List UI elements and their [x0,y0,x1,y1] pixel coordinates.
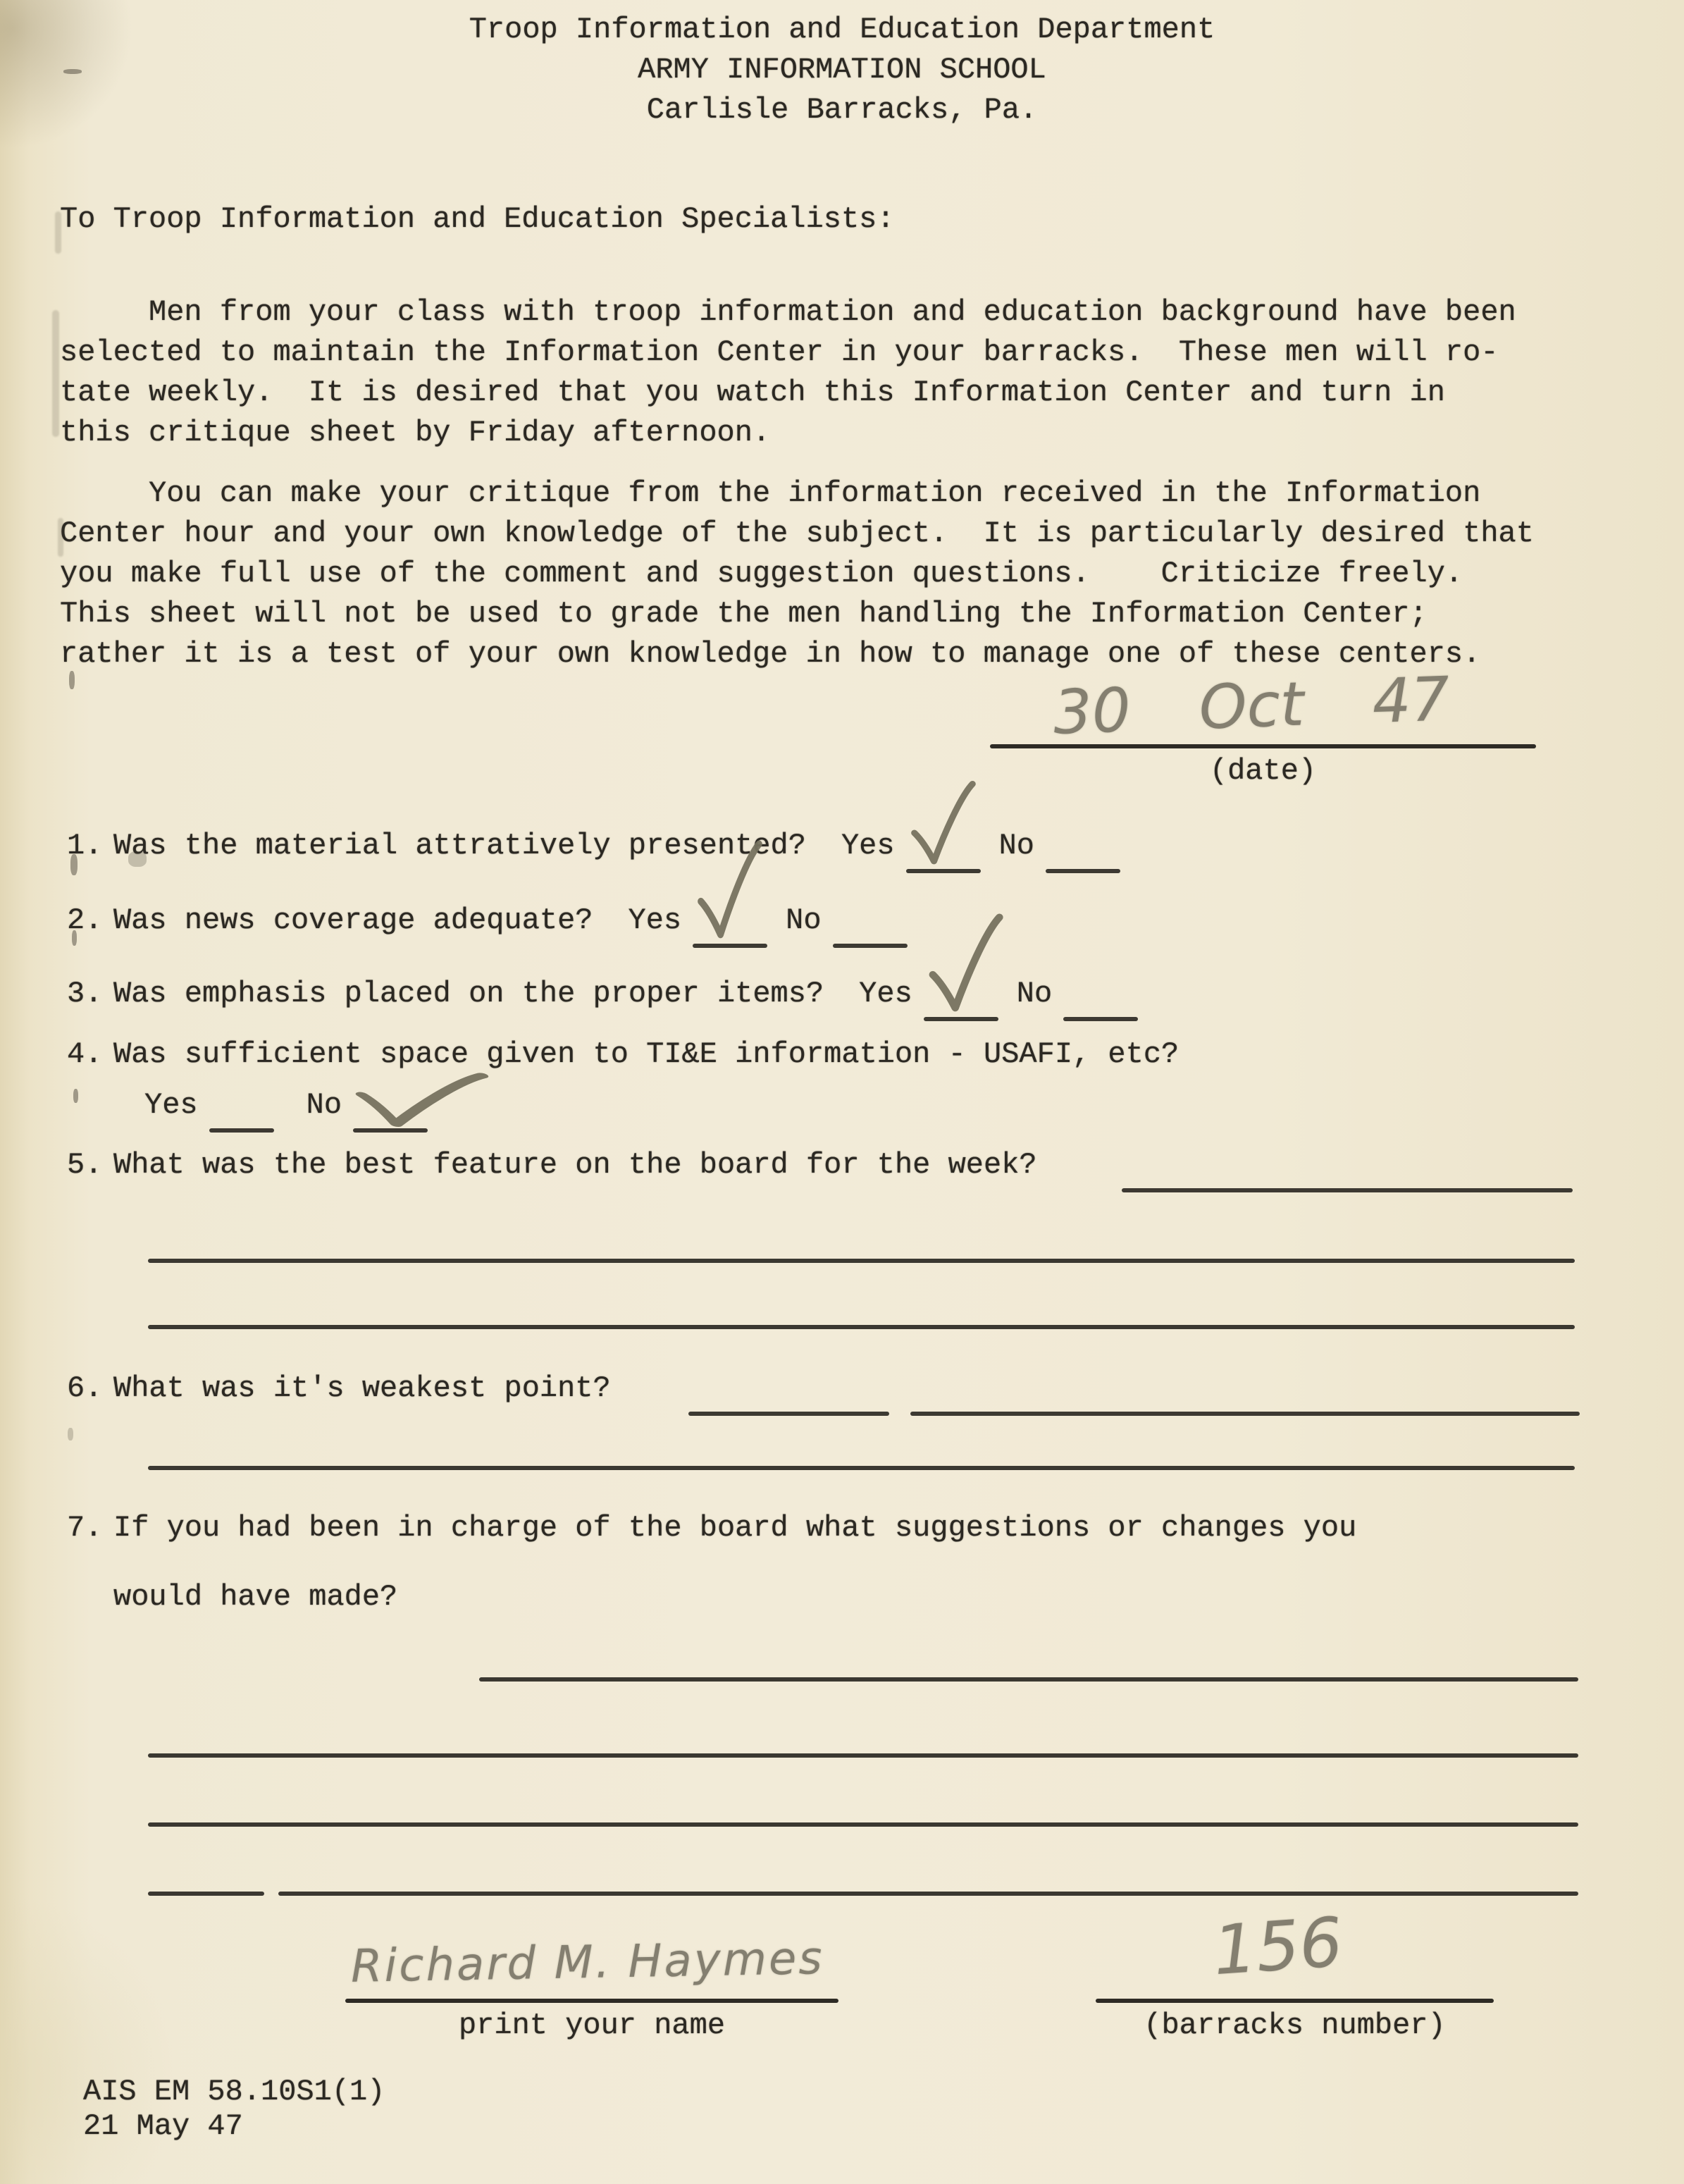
question-7-continued: would have made? [113,1577,397,1617]
question-3: 3. Was emphasis placed on the proper ite… [67,974,1156,1014]
question-number: 6. [67,1369,113,1409]
yes-label: Yes [144,1085,198,1125]
question-text: Was news coverage adequate? [113,901,593,941]
paragraph-line: this critique sheet by Friday afternoon. [60,413,1516,453]
checkmark-icon [695,838,763,944]
no-label: No [1017,974,1052,1014]
answer-line [148,1753,1578,1758]
handwritten-barracks-number: 156 [1211,1903,1345,1991]
no-label: No [786,901,821,941]
scan-smudge [52,310,59,437]
no-label: No [307,1085,342,1125]
header-location: Carlisle Barracks, Pa. [0,90,1684,130]
scan-smudge [58,518,63,557]
question-number: 3. [67,974,113,1014]
answer-line [148,1325,1575,1329]
scan-speck [69,671,75,689]
answer-line [479,1677,1578,1682]
scan-speck [70,854,78,875]
yes-answer-blank [209,1096,274,1125]
scan-smudge [55,211,61,254]
no-answer-blank [833,911,908,941]
question-text: Was emphasis placed on the proper items? [113,974,824,1014]
yes-answer-blank [906,837,981,866]
question-5: 5. What was the best feature on the boar… [67,1145,1573,1185]
salutation: To Troop Information and Education Speci… [60,199,895,240]
answer-blank [688,1379,889,1409]
yes-answer-blank [924,985,998,1014]
question-2: 2. Was news coverage adequate? Yes No [67,901,926,941]
handwritten-date: 30 Oct 47 [1052,664,1450,748]
header-school: ARMY INFORMATION SCHOOL [0,50,1684,90]
form-number: AIS EM 58.10S1(1) [83,2075,385,2109]
answer-line [278,1892,1578,1896]
question-number: 4. [67,1035,113,1075]
yes-label: Yes [859,974,912,1014]
no-answer-blank [1046,837,1120,866]
question-text: If you had been in charge of the board w… [113,1508,1356,1548]
date-label: (date) [990,751,1536,791]
scan-speck [72,930,77,946]
answer-blank [910,1379,1580,1409]
paragraph-line: You can make your critique from the info… [60,474,1534,514]
scan-speck [68,1428,73,1440]
answer-line [148,1259,1575,1263]
barracks-label: (barracks number) [1096,2006,1494,2046]
scan-speck [73,1089,78,1103]
date-line [990,744,1536,748]
handwritten-name: Richard M. Haymes [350,1932,824,1993]
answer-blank [1122,1156,1573,1185]
answer-line [148,1822,1578,1827]
answer-line [148,1892,264,1896]
scan-speck [63,69,82,74]
checkmark-icon [909,779,977,869]
yes-label: Yes [629,901,682,941]
name-line [345,1999,838,2003]
name-label: print your name [345,2006,838,2046]
question-1: 1. Was the material attratively presente… [67,826,1139,866]
question-number: 7. [67,1508,113,1548]
document-header: Troop Information and Education Departme… [0,10,1684,130]
answer-line [148,1466,1575,1470]
question-text: Was sufficient space given to TI&E infor… [113,1035,1179,1075]
barracks-line [1096,1999,1494,2003]
checkmark-icon [927,911,1004,1017]
paragraph-line: This sheet will not be used to grade the… [60,594,1534,634]
no-label: No [999,826,1034,866]
no-answer-blank [1063,985,1138,1014]
paragraph-line: selected to maintain the Information Cen… [60,333,1516,373]
paragraph-line: Center hour and your own knowledge of th… [60,514,1534,554]
scan-speck [128,851,147,867]
paragraph-line: you make full use of the comment and sug… [60,554,1534,594]
header-department: Troop Information and Education Departme… [0,10,1684,50]
question-number: 5. [67,1145,113,1185]
yes-label: Yes [841,826,895,866]
question-text: What was it's weakest point? [113,1369,611,1409]
paragraph-1: Men from your class with troop informati… [60,292,1516,453]
question-6: 6. What was it's weakest point? [67,1369,1580,1409]
form-date: 21 May 47 [83,2109,385,2144]
question-text: What was the best feature on the board f… [113,1145,1037,1185]
paragraph-2: You can make your critique from the info… [60,474,1534,674]
yes-answer-blank [693,911,767,941]
question-4: 4. Was sufficient space given to TI&E in… [67,1035,1214,1075]
question-4-answers: Yes No [144,1085,446,1125]
form-footer: AIS EM 58.10S1(1) 21 May 47 [83,2075,385,2144]
paragraph-line: tate weekly. It is desired that you watc… [60,373,1516,413]
paragraph-line: Men from your class with troop informati… [60,292,1516,333]
question-7: 7. If you had been in charge of the boar… [67,1508,1356,1548]
no-answer-blank [353,1096,428,1125]
